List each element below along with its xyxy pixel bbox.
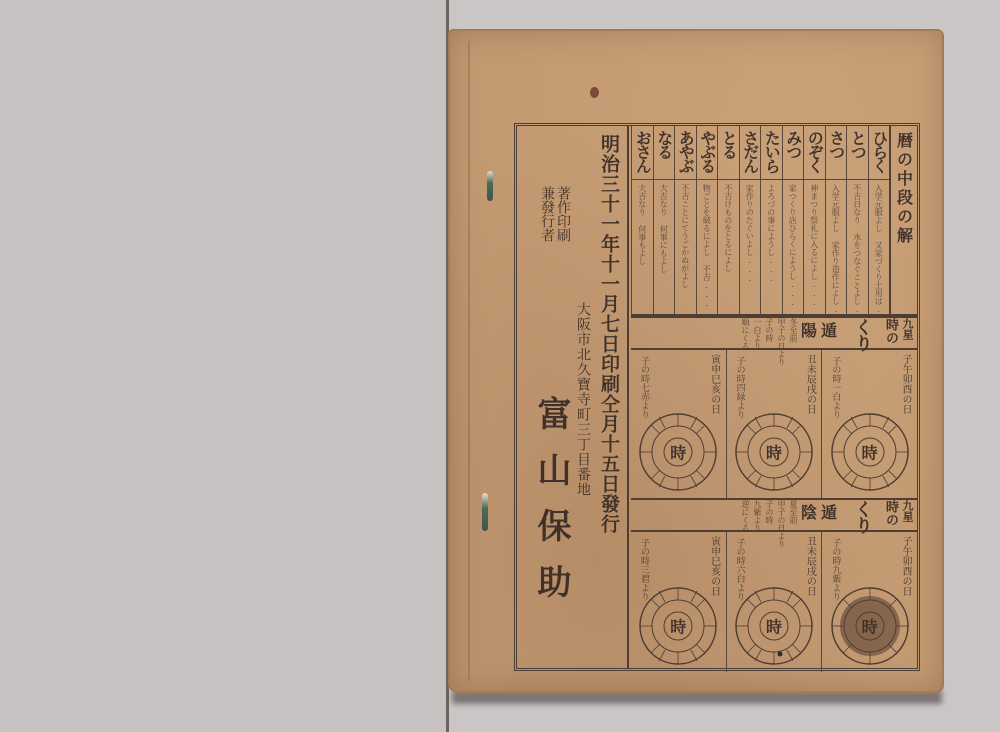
term-body: 入学元服よし 家作り造作によし...	[831, 184, 840, 312]
term-column: みつ家つくり店ひらくにようし...	[782, 126, 804, 314]
term-column: とる不吉けものをとるによし	[717, 126, 739, 314]
dial-center: 時	[862, 615, 878, 638]
kuri-label: くり	[849, 500, 875, 530]
calendar-title: 暦の中段の解	[893, 132, 916, 314]
nine-star-label: 九星	[901, 318, 913, 348]
wheel-sub: 子の時六白より	[735, 538, 745, 588]
spine-fold	[468, 41, 470, 681]
kuri-label: くり	[849, 318, 875, 348]
wheel-cell: 子午卯酉の日 子の時九紫より 時	[821, 532, 917, 672]
dial-center: 時	[670, 441, 686, 464]
yang-ton-band: 九星 時の くり 陽遁 冬至前 甲子の日より 子の時 一白より 順にくる	[631, 316, 917, 350]
term-body: 不吉日なり 水をつなぐことよし...	[853, 184, 862, 312]
term-column: さだん家作りのたぐいよし...	[739, 126, 761, 314]
nine-star-label: 九星	[901, 500, 913, 530]
wheel-cell: 子午卯酉の日 子の時一白より 時	[821, 350, 917, 498]
time-dial-icon: 時	[734, 586, 814, 666]
term-head: おさん	[633, 130, 651, 179]
wheel-sub: 子の時三碧より	[639, 538, 649, 588]
term-body: 入学元服よし 又家づくり土用は...	[874, 184, 883, 312]
term-column: さつ入学元服よし 家作り造作によし...	[825, 126, 847, 314]
term-head: やぶる	[698, 130, 716, 179]
band-note: 子の時	[765, 318, 774, 348]
term-head: とつ	[848, 130, 866, 179]
chudan-terms: 暦の中段の解 ひらく入学元服よし 又家づくり土用は... とつ不吉日なり 水をつ…	[631, 126, 917, 316]
wheel-sub: 子の時四緑より	[735, 356, 745, 406]
yin-wheels: 子午卯酉の日 子の時九紫より 時 丑未辰戌の日 子の時六白より 時	[631, 532, 917, 672]
term-column: おさん大吉なり 何事もよし	[631, 126, 653, 314]
calendar-title-cell: 暦の中段の解	[889, 126, 917, 314]
calendar-table: 暦の中段の解 ひらく入学元服よし 又家づくり土用は... とつ不吉日なり 水をつ…	[631, 126, 917, 668]
term-head: とる	[719, 130, 737, 179]
wheel-cell: 丑未辰戌の日 子の時四緑より 時	[726, 350, 822, 498]
term-body: 不吉けものをとるによし	[724, 184, 733, 272]
printed-frame: 明治三十一年十一月七日印刷仝月十五日發行 大阪市北久寶寺町三丁目番地 著作印刷 …	[514, 123, 920, 671]
band-note: 子の時	[765, 500, 774, 530]
yin-ton-band: 九星 時の くり 陰遁 夏至前 甲子の日より 子の時 九紫より 逆にくる	[631, 498, 917, 532]
band-note: 順にくる	[741, 318, 750, 348]
wheel-label: 丑未辰戌の日	[804, 354, 815, 414]
role-line-2: 兼發行者	[539, 186, 555, 242]
term-body: 大吉なり 何事もよし	[638, 184, 647, 265]
term-column: とつ不吉日なり 水をつなぐことよし...	[846, 126, 868, 314]
term-body: 神まつり祭礼に入るによし...	[810, 184, 819, 307]
time-dial-icon: 時	[830, 586, 910, 666]
term-column: なる大吉なり 何事にもよし	[653, 126, 675, 314]
term-head: のぞく	[805, 130, 823, 179]
print-date: 明治三十一年十一月七日印刷仝月十五日發行	[596, 134, 623, 534]
binding-staple-icon	[482, 493, 488, 531]
dial-center: 時	[766, 615, 782, 638]
term-head: さつ	[827, 130, 845, 179]
band-note: 九紫より	[753, 500, 762, 530]
term-head: さだん	[741, 130, 759, 179]
term-body: よろづの事にようし...	[767, 184, 776, 283]
wheel-cell: 寅申巳亥の日 子の時三碧より 時	[631, 532, 726, 672]
term-column: のぞく神まつり祭礼に入るによし...	[803, 126, 825, 314]
publisher-address: 大阪市北久寶寺町三丁目番地	[573, 302, 593, 497]
time-dial-icon: 時	[830, 412, 910, 492]
dial-center: 時	[862, 441, 878, 464]
left-backing-page	[0, 0, 446, 732]
term-body: 物ごとを破るによし 不吉...	[702, 184, 711, 308]
almanac-booklet: 明治三十一年十一月七日印刷仝月十五日發行 大阪市北久寶寺町三丁目番地 著作印刷 …	[448, 29, 944, 693]
wheel-sub: 子の時一白より	[830, 356, 840, 406]
wheel-label: 子午卯酉の日	[900, 354, 911, 414]
wheel-cell: 寅申巳亥の日 子の時七赤より 時	[631, 350, 726, 498]
ink-stain	[590, 87, 599, 98]
toki-label: 時の	[883, 500, 897, 530]
term-head: あやぶ	[676, 130, 694, 179]
term-head: なる	[655, 130, 673, 179]
term-column: あやぶ不吉ことにてうごかぬがよし	[674, 126, 696, 314]
colophon: 明治三十一年十一月七日印刷仝月十五日發行 大阪市北久寶寺町三丁目番地 著作印刷 …	[517, 126, 629, 668]
publisher-role: 著作印刷 兼發行者	[539, 186, 571, 266]
binding-staple-icon	[487, 171, 493, 201]
dial-center: 時	[670, 615, 686, 638]
yang-wheels: 子午卯酉の日 子の時一白より 時 丑未辰戌の日 子の時四緑より 時	[631, 350, 917, 498]
band-note: 甲子の日より	[777, 318, 786, 348]
term-body: 不吉ことにてうごかぬがよし	[681, 184, 690, 288]
wheel-sub: 子の時七赤より	[639, 356, 649, 406]
publisher-name: 富山保助	[527, 396, 576, 620]
dial-center: 時	[766, 441, 782, 464]
term-column: たいらよろづの事にようし...	[760, 126, 782, 314]
band-note: 甲子の日より	[777, 500, 786, 530]
terms-columns: ひらく入学元服よし 又家づくり土用は... とつ不吉日なり 水をつなぐことよし.…	[631, 126, 889, 314]
term-head: たいら	[762, 130, 780, 179]
term-column: ひらく入学元服よし 又家づくり土用は...	[868, 126, 890, 314]
term-head: みつ	[784, 130, 802, 179]
band-note: 一白より	[753, 318, 762, 348]
ton-mode: 陽遁	[801, 318, 841, 348]
wheel-sub: 子の時九紫より	[830, 538, 840, 588]
time-dial-icon: 時	[638, 412, 718, 492]
wheel-cell: 丑未辰戌の日 子の時六白より 時	[726, 532, 822, 672]
toki-label: 時の	[883, 318, 897, 348]
time-dial-icon: 時	[734, 412, 814, 492]
wheel-label: 寅申巳亥の日	[709, 354, 720, 414]
band-note: 逆にくる	[741, 500, 750, 530]
term-body: 家つくり店ひらくにようし...	[788, 184, 797, 307]
term-column: やぶる物ごとを破るによし 不吉...	[696, 126, 718, 314]
role-line-1: 著作印刷	[555, 186, 571, 242]
band-note: 夏至前	[789, 500, 798, 530]
term-body: 大吉なり 何事にもよし	[659, 184, 668, 273]
term-body: 家作りのたぐいよし...	[745, 184, 754, 283]
ton-mode: 陰遁	[801, 500, 841, 530]
band-note: 冬至前	[789, 318, 798, 348]
time-dial-icon: 時	[638, 586, 718, 666]
term-head: ひらく	[870, 130, 888, 179]
